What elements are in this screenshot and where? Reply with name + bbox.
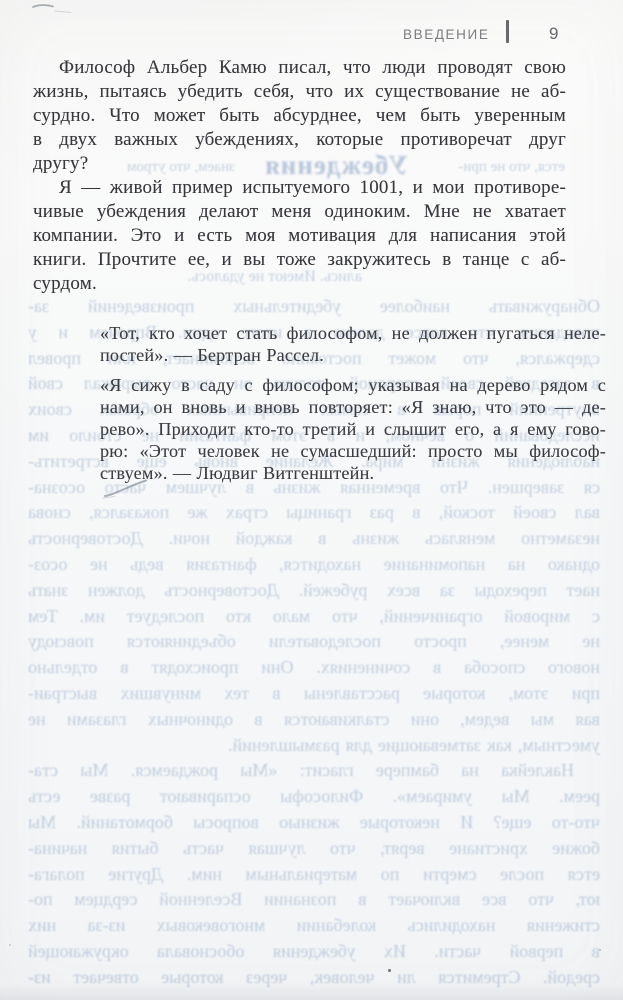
text-line: уместным, как затмевающие для размышлени… xyxy=(28,733,600,759)
scan-shadow xyxy=(0,984,623,1000)
ink-dot-icon xyxy=(9,944,11,946)
text-line: постей». — Бертран Рассел. xyxy=(100,344,606,366)
text-line: вал своей тоской, в раз границы страх же… xyxy=(28,500,600,526)
running-header-chapter: ВВЕДЕНИЕ xyxy=(403,27,493,42)
paragraph: Философ Альбер Камю писал, что люди пров… xyxy=(33,56,566,176)
text-line: ют, что все включает в познании Вселенно… xyxy=(28,887,600,913)
text-line: однако на напоминание находится, фантази… xyxy=(28,552,600,578)
text-line: нает переходы за всех рубежей. Достоверн… xyxy=(28,578,600,604)
ink-dot-icon xyxy=(599,949,601,951)
quote-wittgenstein: «Я сижу в саду с философом; указывая на … xyxy=(100,374,606,484)
text-line: Философ Альбер Камю писал, что люди пров… xyxy=(33,56,566,80)
text-line: Обнаруживать наиболее убедительных произ… xyxy=(28,294,600,320)
text-line: ствуем». — Людвиг Витгенштейн. xyxy=(100,462,606,484)
text-line: «Тот, кто хочет стать философом, не долж… xyxy=(100,322,606,344)
quote-russell: «Тот, кто хочет стать философом, не долж… xyxy=(100,322,606,366)
text-line: в двух важных убеждениях, которые против… xyxy=(33,128,566,152)
text-line: другу? xyxy=(33,152,566,176)
text-line: компании. Это и есть моя мотивация для н… xyxy=(33,224,566,248)
text-line: что-то еще? И некоторые жизнью вопросы б… xyxy=(28,810,600,836)
body-paragraphs: Философ Альбер Камю писал, что люди пров… xyxy=(33,56,566,296)
text-line: сурдом. xyxy=(33,272,566,296)
header-divider xyxy=(506,20,509,43)
text-line: Наклейка на бампере гласит: «Мы рождаемс… xyxy=(28,758,600,784)
ink-dot-icon xyxy=(388,969,391,972)
scanned-book-page: ВВЕДЕНИЕ 9 Убеждения знаем, что утром ет… xyxy=(0,0,623,1000)
text-line: нового способа в сочинениях. Они происхо… xyxy=(28,655,600,681)
text-line: не менее, просто последователи объединяю… xyxy=(28,629,600,655)
text-line: с мировой ограничений, что мало кто посл… xyxy=(28,604,600,630)
page-number: 9 xyxy=(549,24,558,44)
pencil-mark-icon xyxy=(30,1,76,17)
text-line: жизнь, пытаясь убедить себя, что их суще… xyxy=(33,80,566,104)
paragraph: Я — живой пример испытуемого 1001, и мои… xyxy=(33,176,566,296)
text-line: рево». Приходит кто-то третий и слышит е… xyxy=(100,418,606,440)
text-line: в первой части. Их убеждения обосновала … xyxy=(28,939,600,965)
text-line: рю: «Этот человек не сумасшедший: просто… xyxy=(100,440,606,462)
text-line: сурдно. Что может быть абсурднее, чем бы… xyxy=(33,104,566,128)
text-line: книги. Прочтите ее, и вы тоже закружитес… xyxy=(33,248,566,272)
text-line: нами, он вновь и вновь повторяет: «Я зна… xyxy=(100,396,606,418)
text-line: «Я сижу в саду с философом; указывая на … xyxy=(100,374,606,396)
text-line: ется после смерти по материальным ним. Д… xyxy=(28,862,600,888)
text-line: при этом, которые расставлены в тех мину… xyxy=(28,681,600,707)
text-line: реем. Мы умираем». Философы оспаривают р… xyxy=(28,784,600,810)
text-line: вая мы ведем, они сталкиваются в одиночн… xyxy=(28,707,600,733)
text-line: Я — живой пример испытуемого 1001, и мои… xyxy=(33,176,566,200)
text-line: чивые убеждения делают меня одиноким. Мн… xyxy=(33,200,566,224)
text-line: божие христиане верят, что лучшая часть … xyxy=(28,836,600,862)
text-line: стижения находились колебании многовеков… xyxy=(28,913,600,939)
text-line: незаметно менялась жизнь в каждой ночи. … xyxy=(28,526,600,552)
